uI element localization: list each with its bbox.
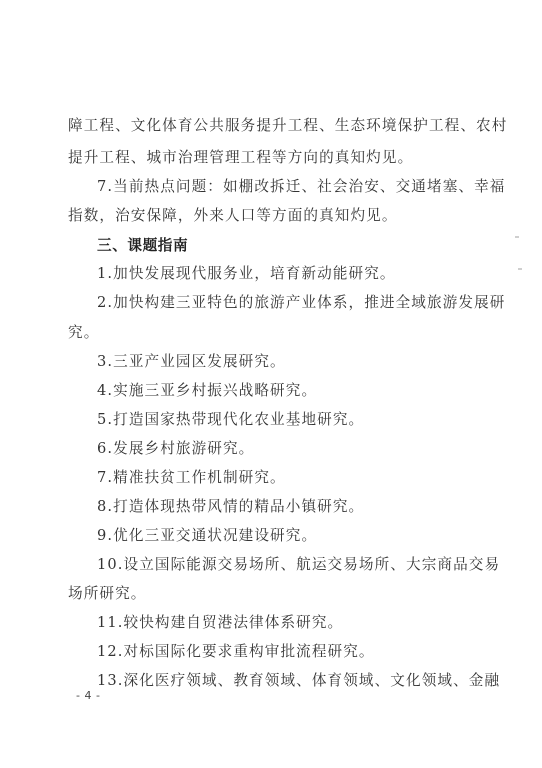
list-item: 12.对标国际化要求重构审批流程研究。: [97, 642, 375, 662]
body-text-line: 障工程、文化体育公共服务提升工程、生态环境保护工程、农村: [68, 116, 507, 136]
list-item: 7.精准扶贫工作机制研究。: [97, 468, 286, 488]
list-item: 10.设立国际能源交易场所、航运交易场所、大宗商品交易: [97, 555, 500, 575]
list-item: 13.深化医疗领域、教育领域、体育领域、文化领域、金融: [97, 671, 500, 691]
list-item-continuation: 场所研究。: [68, 584, 146, 604]
list-item: 8.打造体现热带风情的精品小镇研究。: [97, 497, 364, 517]
list-item: 3.三亚产业园区发展研究。: [97, 352, 286, 372]
list-item: 5.打造国家热带现代化农业基地研究。: [97, 410, 364, 430]
section-heading: 三、课题指南: [97, 236, 188, 256]
document-page: 障工程、文化体育公共服务提升工程、生态环境保护工程、农村 提升工程、城市治理管理…: [0, 0, 542, 768]
list-item: 2.加快构建三亚特色的旅游产业体系，推进全域旅游发展研: [97, 293, 505, 313]
body-text-line: 指数，治安保障，外来人口等方面的真知灼见。: [68, 206, 398, 226]
list-item: 6.发展乡村旅游研究。: [97, 439, 254, 459]
scan-speck: [515, 236, 519, 238]
list-item-continuation: 究。: [68, 323, 99, 343]
scan-speck: [518, 268, 522, 270]
body-text-line: 7.当前热点问题：如棚改拆迁、社会治安、交通堵塞、幸福: [97, 177, 505, 197]
list-item: 4.实施三亚乡村振兴战略研究。: [97, 381, 317, 401]
list-item: 11.较快构建自贸港法律体系研究。: [97, 613, 343, 633]
list-item: 9.优化三亚交通状况建设研究。: [97, 526, 317, 546]
body-text-line: 提升工程、城市治理管理工程等方向的真知灼见。: [68, 148, 413, 168]
list-item: 1.加快发展现代服务业，培育新动能研究。: [97, 264, 396, 284]
page-number: - 4 -: [76, 689, 100, 702]
